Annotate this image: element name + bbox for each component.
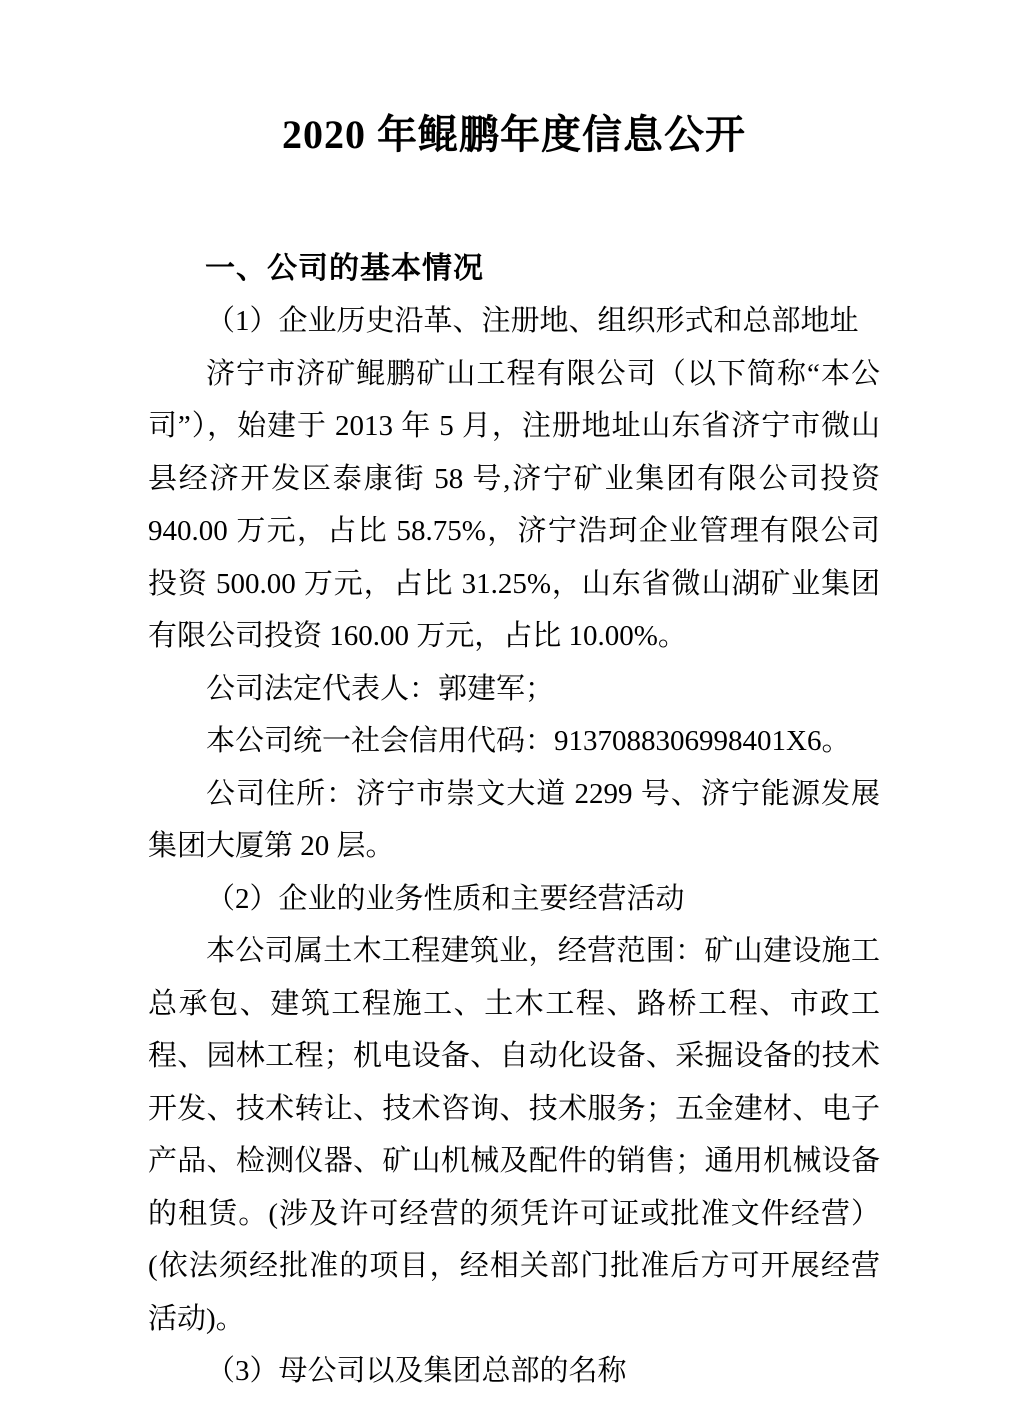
paragraph: （2）企业的业务性质和主要经营活动 [148, 873, 880, 926]
paragraph: （1）企业历史沿革、注册地、组织形式和总部地址 [148, 295, 880, 348]
paragraph: 本公司统一社会信用代码：9137088306998401X6。 [148, 715, 880, 768]
paragraph: 本公司属土木工程建筑业，经营范围：矿山建设施工总承包、建筑工程施工、土木工程、路… [148, 925, 880, 1345]
paragraph: （3）母公司以及集团总部的名称 [148, 1345, 880, 1398]
paragraph: 济宁市济矿鲲鹏矿山工程有限公司（以下简称“本公司”），始建于 2013 年 5 … [148, 348, 880, 663]
section-body: （1）企业历史沿革、注册地、组织形式和总部地址济宁市济矿鲲鹏矿山工程有限公司（以… [148, 295, 880, 1398]
paragraph: 公司法定代表人：郭建军； [148, 663, 880, 716]
section-heading: 一、公司的基本情况 [148, 243, 880, 295]
page-title: 2020 年鲲鹏年度信息公开 [148, 112, 880, 158]
paragraph: 公司住所：济宁市崇文大道 2299 号、济宁能源发展集团大厦第 20 层。 [148, 768, 880, 873]
document-page: 2020 年鲲鹏年度信息公开 一、公司的基本情况 （1）企业历史沿革、注册地、组… [0, 0, 1014, 1409]
